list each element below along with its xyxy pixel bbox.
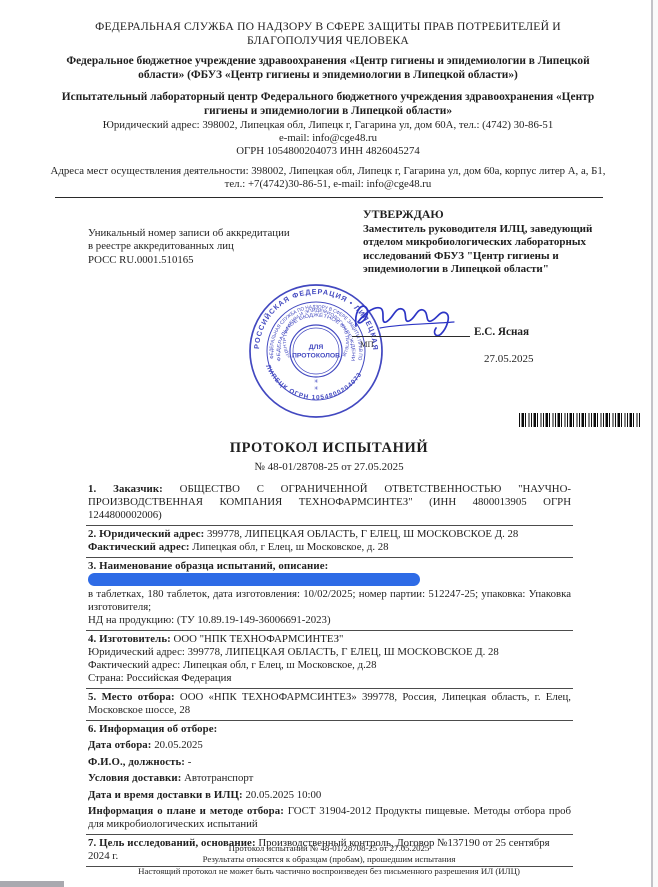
section-legal-address: 2. Юридический адрес: 399778, ЛИПЕЦКАЯ О…: [86, 525, 573, 557]
accreditation-line1: Уникальный номер записи об аккредитации: [88, 227, 338, 240]
document-page: ФЕДЕРАЛЬНАЯ СЛУЖБА ПО НАДЗОРУ В СФЕРЕ ЗА…: [0, 0, 658, 887]
section-sampling-info: 6. Информация об отборе: Дата отбора: 20…: [86, 720, 573, 835]
manufacturer-country-label: Страна:: [88, 672, 124, 684]
horizontal-scrollbar-fragment[interactable]: [0, 881, 64, 887]
redacted-sample-name: [88, 573, 420, 586]
manufacturer-actual-address-line: Фактический адрес: Липецкая обл, г Елец,…: [88, 659, 571, 672]
arrival-datetime-line: Дата и время доставки в ИЛЦ: 20.05.2025 …: [88, 789, 571, 802]
institution-name: Федеральное бюджетное учреждение здравоо…: [48, 55, 608, 82]
customer-legal-address-label: 2. Юридический адрес:: [88, 528, 204, 540]
manufacturer-legal-address-line: Юридический адрес: 399778, ЛИПЕЦКАЯ ОБЛА…: [88, 646, 571, 659]
accreditation-block: Уникальный номер записи об аккредитации …: [88, 227, 338, 267]
customer-legal-address-value: 399778, ЛИПЕЦКАЯ ОБЛАСТЬ, Г ЕЛЕЦ, Ш МОСК…: [207, 528, 518, 540]
scan-edge-line: [651, 0, 653, 887]
delivery-conditions-line: Условия доставки: Автотранспорт: [88, 772, 571, 785]
accreditation-number: РОСС RU.0001.510165: [88, 254, 338, 267]
section-sampling-place: 5. Место отбора: ООО «НПК ТЕХНОФАРМСИНТЕ…: [86, 688, 573, 720]
signature-flourish: [350, 298, 470, 340]
footer-reproduction-note: Настоящий протокол не может быть частичн…: [0, 866, 658, 877]
sampling-method-line: Информация о плане и методе отбора: ГОСТ…: [88, 805, 571, 831]
approver-position: Заместитель руководителя ИЛЦ, заведующий…: [363, 223, 607, 276]
signature-line: [352, 336, 470, 337]
sample-name-label: 3. Наименование образца испытаний, описа…: [88, 560, 328, 572]
accreditation-line2: в реестре аккредитованных лиц: [88, 240, 338, 253]
agency-name: ФЕДЕРАЛЬНАЯ СЛУЖБА ПО НАДЗОРУ В СФЕРЕ ЗА…: [48, 20, 608, 47]
manufacturer-name-line: 4. Изготовитель: ООО "НПК ТЕХНОФАРМСИНТЕ…: [88, 633, 571, 646]
sampling-date-value: 20.05.2025: [154, 739, 203, 751]
customer-actual-address-label: Фактический адрес:: [88, 541, 190, 553]
manufacturer-legal-address-label: Юридический адрес:: [88, 646, 185, 658]
sample-description-line: в таблетках, 180 таблеток, дата изготовл…: [88, 588, 571, 614]
section-manufacturer: 4. Изготовитель: ООО "НПК ТЕХНОФАРМСИНТЕ…: [86, 630, 573, 688]
approval-date: 27.05.2025: [484, 353, 534, 365]
title-block: ПРОТОКОЛ ИСПЫТАНИЙ № 48-01/28708-25 от 2…: [0, 440, 658, 473]
sampling-date-label: Дата отбора:: [88, 739, 152, 751]
mp-mark: МП: [360, 339, 374, 349]
sampling-info-heading: 6. Информация об отборе:: [88, 723, 571, 736]
footer-protocol-number: Протокол испытаний № 48-01/28708-25 от 2…: [0, 843, 658, 854]
email-line: e-mail: info@cge48.ru: [48, 132, 608, 144]
page-footer: Протокол испытаний № 48-01/28708-25 от 2…: [0, 843, 658, 877]
manufacturer-actual-address-value: Липецкая обл, г Елец, ш Московское, д.28: [183, 659, 377, 671]
manufacturer-legal-address-value: 399778, ЛИПЕЦКАЯ ОБЛАСТЬ, Г ЕЛЕЦ, Ш МОСК…: [188, 646, 499, 658]
arrival-datetime-label: Дата и время доставки в ИЛЦ:: [88, 789, 243, 801]
stamp-asterisk: ✳: [314, 378, 319, 385]
protocol-sections: 1. Заказчик: ОБЩЕСТВО С ОГРАНИЧЕННОЙ ОТВ…: [86, 481, 573, 867]
ogrn-inn-line: ОГРН 1054800204073 ИНН 4826045274: [48, 145, 608, 157]
approval-area: Уникальный номер записи об аккредитации …: [0, 200, 658, 436]
section-customer-label: 1. Заказчик:: [88, 483, 163, 495]
sampling-fio-line: Ф.И.О., должность: -: [88, 756, 571, 769]
manufacturer-country-value: Российская Федерация: [126, 672, 231, 684]
sampling-info-label: 6. Информация об отборе:: [88, 723, 217, 735]
sampling-method-label: Информация о плане и методе отбора:: [88, 805, 284, 817]
barcode: [519, 413, 641, 427]
section-customer: 1. Заказчик: ОБЩЕСТВО С ОГРАНИЧЕННОЙ ОТВ…: [86, 481, 573, 525]
document-title: ПРОТОКОЛ ИСПЫТАНИЙ: [0, 440, 658, 457]
lab-center-name: Испытательный лабораторный центр Федерал…: [48, 91, 608, 118]
header-divider: [55, 197, 603, 198]
manufacturer-country-line: Страна: Российская Федерация: [88, 672, 571, 685]
signer-name: Е.С. Ясная: [474, 326, 529, 338]
stamp-asterisk2: ✳: [314, 385, 319, 392]
customer-actual-address-line: Фактический адрес: Липецкая обл, г Елец,…: [88, 541, 571, 554]
footer-results-note: Результаты относятся к образцам (пробам)…: [0, 854, 658, 865]
arrival-datetime-value: 20.05.2025 10:00: [245, 789, 321, 801]
document-header: ФЕДЕРАЛЬНАЯ СЛУЖБА ПО НАДЗОРУ В СФЕРЕ ЗА…: [48, 20, 608, 191]
section-sample: 3. Наименование образца испытаний, описа…: [86, 557, 573, 630]
stamp-center-line2: ПРОТОКОЛОВ: [292, 353, 340, 360]
stamp-center-line1: ДЛЯ: [309, 344, 324, 351]
approve-heading: УТВЕРЖДАЮ: [363, 208, 607, 221]
scan-margin: [653, 0, 658, 887]
activity-addresses-line: Адреса мест осуществления деятельности: …: [48, 165, 608, 191]
sample-nd-line: НД на продукцию: (ТУ 10.89.19-149-360066…: [88, 614, 571, 627]
delivery-conditions-value: Автотранспорт: [184, 772, 253, 784]
document-number: № 48-01/28708-25 от 27.05.2025: [0, 461, 658, 473]
delivery-conditions-label: Условия доставки:: [88, 772, 181, 784]
manufacturer-actual-address-label: Фактический адрес:: [88, 659, 180, 671]
legal-address-line: Юридический адрес: 398002, Липецкая обл,…: [48, 119, 608, 131]
manufacturer-label: 4. Изготовитель:: [88, 633, 171, 645]
sample-name-line: 3. Наименование образца испытаний, описа…: [88, 560, 571, 588]
approve-block: УТВЕРЖДАЮ Заместитель руководителя ИЛЦ, …: [363, 208, 607, 276]
customer-legal-address-line: 2. Юридический адрес: 399778, ЛИПЕЦКАЯ О…: [88, 528, 571, 541]
sampling-fio-label: Ф.И.О., должность:: [88, 756, 185, 768]
customer-actual-address-value: Липецкая обл, г Елец, ш Московское, д. 2…: [192, 541, 388, 553]
manufacturer-name: ООО "НПК ТЕХНОФАРМСИНТЕЗ": [174, 633, 344, 645]
sampling-place-label: 5. Место отбора:: [88, 691, 175, 703]
sampling-date-line: Дата отбора: 20.05.2025: [88, 739, 571, 752]
sampling-fio-value: -: [188, 756, 192, 768]
